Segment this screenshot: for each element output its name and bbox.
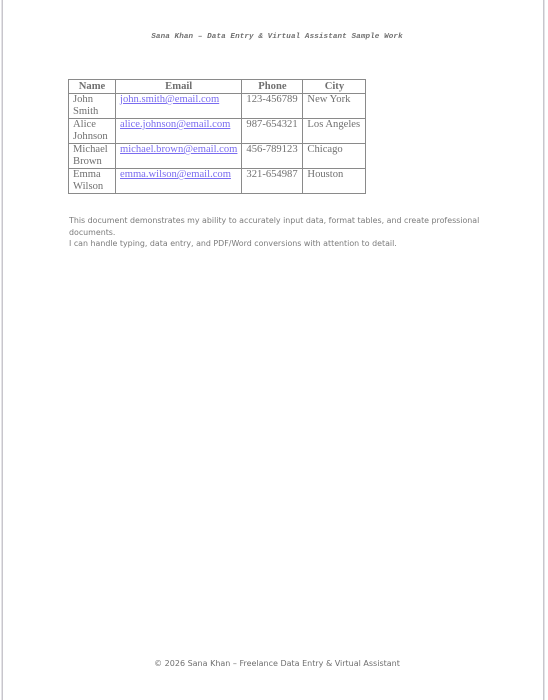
cell-city: Houston xyxy=(303,169,366,194)
header-phone: Phone xyxy=(242,80,303,94)
cell-email: michael.brown@email.com xyxy=(116,144,242,169)
cell-email: emma.wilson@email.com xyxy=(116,169,242,194)
description-line: I can handle typing, data entry, and PDF… xyxy=(69,238,489,250)
document-title: Sana Khan – Data Entry & Virtual Assista… xyxy=(3,33,548,41)
cell-city: Los Angeles xyxy=(303,119,366,144)
table-row: John Smith john.smith@email.com 123-4567… xyxy=(69,94,366,119)
cell-name: John Smith xyxy=(69,94,116,119)
email-link[interactable]: alice.johnson@email.com xyxy=(120,119,230,130)
cell-name: Alice Johnson xyxy=(69,119,116,144)
table-row: Emma Wilson emma.wilson@email.com 321-65… xyxy=(69,169,366,194)
email-link[interactable]: emma.wilson@email.com xyxy=(120,169,231,180)
header-city: City xyxy=(303,80,366,94)
cell-name: Michael Brown xyxy=(69,144,116,169)
cell-phone: 456-789123 xyxy=(242,144,303,169)
description-line: This document demonstrates my ability to… xyxy=(69,215,489,238)
email-link[interactable]: michael.brown@email.com xyxy=(120,144,237,155)
email-link[interactable]: john.smith@email.com xyxy=(120,94,219,105)
contacts-table: Name Email Phone City John Smith john.sm… xyxy=(68,79,366,194)
cell-name: Emma Wilson xyxy=(69,169,116,194)
cell-phone: 987-654321 xyxy=(242,119,303,144)
header-name: Name xyxy=(69,80,116,94)
cell-city: New York xyxy=(303,94,366,119)
cell-phone: 123-456789 xyxy=(242,94,303,119)
table-row: Michael Brown michael.brown@email.com 45… xyxy=(69,144,366,169)
table-row: Alice Johnson alice.johnson@email.com 98… xyxy=(69,119,366,144)
table-header-row: Name Email Phone City xyxy=(69,80,366,94)
cell-phone: 321-654987 xyxy=(242,169,303,194)
cell-city: Chicago xyxy=(303,144,366,169)
document-page: Sana Khan – Data Entry & Virtual Assista… xyxy=(2,0,544,700)
description-text: This document demonstrates my ability to… xyxy=(69,215,489,250)
header-email: Email xyxy=(116,80,242,94)
page-footer: © 2026 Sana Khan – Freelance Data Entry … xyxy=(3,659,548,668)
cell-email: john.smith@email.com xyxy=(116,94,242,119)
cell-email: alice.johnson@email.com xyxy=(116,119,242,144)
